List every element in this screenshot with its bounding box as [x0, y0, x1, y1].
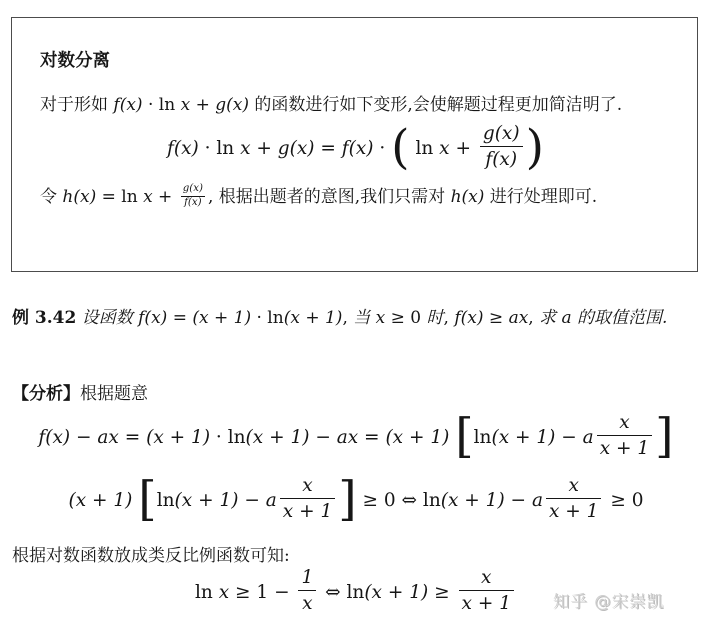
fraction: 1x [298, 567, 316, 615]
fraction: g(x)f(x) [480, 123, 523, 171]
math-token: x [219, 582, 229, 603]
math-token: g(x) [215, 95, 249, 115]
math-token: (x + 1) [146, 427, 210, 448]
math-token: (x + 1) [364, 582, 428, 603]
math-token: 令 [40, 187, 62, 207]
box-title: 对数分离 [40, 51, 671, 71]
math-token: − [70, 427, 97, 448]
math-token: , [208, 187, 219, 207]
big-delimiter: ] [655, 409, 673, 464]
math-token: f(x) [113, 95, 142, 115]
fraction: xx + 1 [597, 412, 652, 460]
math-token: + [153, 187, 178, 207]
math-token: + [450, 138, 477, 159]
math-token: · ln [210, 427, 245, 448]
math-token: a [583, 427, 594, 448]
math-token: x [240, 138, 250, 159]
box-display-formula: f(x) · ln x + g(x) = f(x) · ( ln x + g(x… [40, 125, 671, 173]
math-token: , [342, 308, 353, 328]
math-token: · ln [199, 138, 240, 159]
big-delimiter: [ [138, 472, 156, 527]
math-token: 求 [539, 308, 561, 328]
math-token: 的函数进行如下变形,会使解题过程更加简洁明了. [249, 95, 622, 115]
analysis-line: 【分析】根据题意 [12, 379, 148, 404]
fraction: g(x)f(x) [181, 184, 205, 208]
fraction: xx + 1 [280, 475, 335, 523]
box-intro-text: 对于形如 f(x) · ln x + g(x) 的函数进行如下变形,会使解题过程… [40, 90, 671, 120]
math-token: 时 [427, 308, 444, 328]
math-token: ≥ 0 [604, 490, 643, 511]
analysis-label: 【分析】 [12, 384, 80, 404]
math-token: 根据出题者的意图,我们只需对 [219, 187, 451, 207]
math-token: − [309, 427, 336, 448]
math-token: · ln [143, 95, 181, 115]
math-token: ln [410, 138, 440, 159]
math-token: (x + 1) [69, 490, 133, 511]
math-token: ln [157, 490, 175, 511]
math-token: 设函数 [76, 308, 138, 328]
math-token: − [238, 490, 265, 511]
math-token: x [143, 187, 153, 207]
math-token: (x + 1) [284, 308, 343, 328]
math-token: (x + 1) [246, 427, 310, 448]
math-token: 当 [353, 308, 375, 328]
reasoning-text: 根据对数函数放成类反比例函数可知: [12, 541, 290, 566]
math-token: f(x) [38, 427, 70, 448]
math-token: h(x) [451, 187, 485, 207]
math-token: f(x) [138, 308, 167, 328]
math-token: ≥ 1 − [229, 582, 295, 603]
big-delimiter: ) [526, 120, 544, 175]
math-token: x [439, 138, 449, 159]
math-token: (x + 1) [491, 427, 555, 448]
math-token: (x + 1) [192, 308, 251, 328]
math-token: 进行处理即可. [484, 187, 597, 207]
math-token: ⇔ ln [319, 582, 364, 603]
math-token: a [562, 308, 572, 328]
math-token: ax [337, 427, 358, 448]
math-token: = ln [96, 187, 143, 207]
math-token: = [119, 427, 146, 448]
math-token: − [505, 490, 532, 511]
big-delimiter: [ [455, 409, 473, 464]
big-delimiter: ( [391, 120, 409, 175]
math-token: ln [195, 582, 219, 603]
math-token: h(x) [62, 187, 96, 207]
math-token: x [376, 308, 386, 328]
math-token: + [251, 138, 278, 159]
derivation-formula-2: (x + 1) [ln(x + 1) − axx + 1] ≥ 0 ⇔ ln(x… [0, 477, 712, 525]
math-token: , [444, 308, 455, 328]
math-token: , [528, 308, 539, 328]
math-token: = [358, 427, 385, 448]
math-token: − [555, 427, 582, 448]
fraction: xx + 1 [546, 475, 601, 523]
math-token: a [266, 490, 277, 511]
math-token: g(x) [278, 138, 315, 159]
math-token: 例 3.42 [12, 308, 76, 328]
box-note: 令 h(x) = ln x + g(x)f(x), 根据出题者的意图,我们只需对… [40, 182, 671, 212]
math-token: ≥ 0 ⇔ ln [357, 490, 441, 511]
math-token: ≥ 0 [385, 308, 426, 328]
math-token: = [167, 308, 192, 328]
math-token: (x + 1) [175, 490, 239, 511]
math-token: a [532, 490, 543, 511]
math-token: (x + 1) [385, 427, 449, 448]
math-token: · [374, 138, 392, 159]
analysis-text: 根据题意 [80, 384, 148, 404]
math-token: ≥ [484, 308, 509, 328]
math-token: 对于形如 [40, 95, 113, 115]
math-token: x [181, 95, 191, 115]
math-token: f(x) [342, 138, 374, 159]
math-token: = [315, 138, 342, 159]
math-token: · ln [251, 308, 284, 328]
math-token: 的取值范围. [572, 308, 668, 328]
derivation-formula-1: f(x) − ax = (x + 1) · ln(x + 1) − ax = (… [0, 414, 712, 462]
math-token: ≥ [428, 582, 455, 603]
math-token: ax [509, 308, 529, 328]
math-token: ln [474, 427, 492, 448]
example-3-42-statement: 例 3.42 设函数 f(x) = (x + 1) · ln(x + 1), 当… [12, 301, 704, 336]
math-token: ax [97, 427, 118, 448]
math-token: f(x) [454, 308, 483, 328]
math-token: f(x) [167, 138, 199, 159]
logarithm-separation-box: 对数分离 对于形如 f(x) · ln x + g(x) 的函数进行如下变形,会… [11, 17, 698, 272]
big-delimiter: ] [338, 472, 356, 527]
math-token: + [190, 95, 215, 115]
fraction: xx + 1 [459, 567, 514, 615]
math-token: (x + 1) [441, 490, 505, 511]
zhihu-watermark: 知乎 @宋崇凯 [553, 588, 664, 612]
